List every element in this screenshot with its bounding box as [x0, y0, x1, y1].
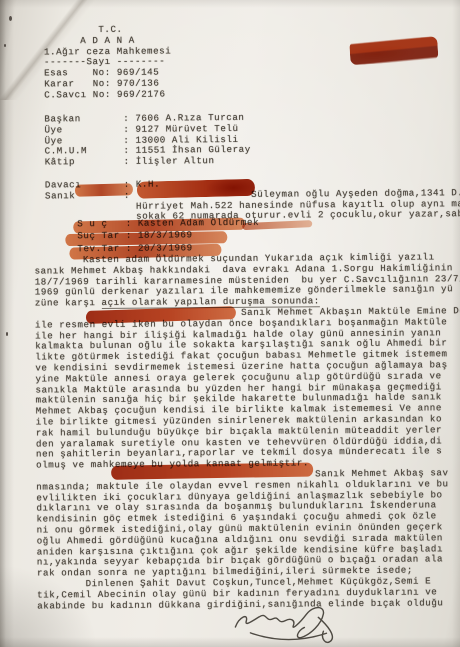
charges-block: S u ç : Kasten Adam ÖldürmekSuç Tar : 18…	[77, 217, 259, 256]
redaction-mark-top-right	[349, 36, 438, 65]
header-line: C.Savcı No: 969/2176	[38, 89, 171, 101]
document-header: T.C. A D A N A 1.Ağır ceza Mahkemesi ---…	[38, 24, 172, 101]
court-document-scan: T.C. A D A N A 1.Ağır ceza Mahkemesi ---…	[0, 0, 460, 647]
decision-body-text: Kasten adam Öldürmek suçundan Yukarıda a…	[34, 252, 460, 612]
document-content: T.C. A D A N A 1.Ağır ceza Mahkemesi ---…	[0, 0, 460, 647]
paper-speck	[9, 16, 12, 21]
court-panel-block: Başkan : 7606 A.Rıza TurcanÜye : 9127 Mü…	[44, 113, 251, 169]
panel-line: Kâtip : İlişler Altun	[45, 156, 251, 168]
paper-speck	[6, 332, 8, 336]
paper-speck	[4, 44, 6, 47]
handwritten-signature	[230, 599, 356, 647]
